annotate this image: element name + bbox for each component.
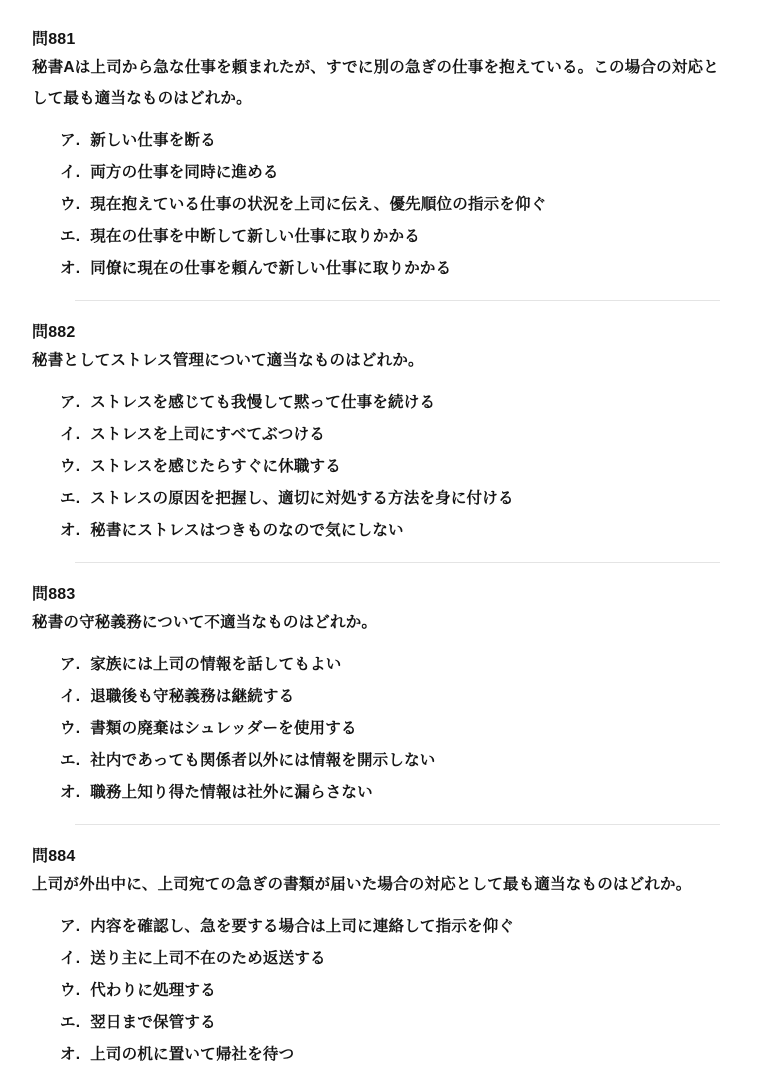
option-text: 同僚に現在の仕事を頼んで新しい仕事に取りかかる	[90, 259, 736, 279]
option-e: エ. ストレスの原因を把握し、適切に対処する方法を身に付ける	[60, 483, 736, 515]
option-text: 書類の廃棄はシュレッダーを使用する	[90, 719, 736, 739]
option-i: イ. 送り主に上司不在のため返送する	[60, 943, 736, 975]
option-text: 秘書にストレスはつきものなので気にしない	[90, 521, 736, 541]
question-number: 問881	[32, 30, 736, 50]
section-divider	[75, 562, 720, 563]
question-number: 問884	[32, 847, 736, 867]
option-text: ストレスを上司にすべてぶつける	[90, 425, 736, 445]
option-label: ア.	[60, 131, 80, 151]
option-label: オ.	[60, 521, 80, 541]
option-label: イ.	[60, 949, 80, 969]
option-e: エ. 社内であっても関係者以外には情報を開示しない	[60, 745, 736, 777]
option-text: 新しい仕事を断る	[90, 131, 736, 151]
options-list: ア. 新しい仕事を断る イ. 両方の仕事を同時に進める ウ. 現在抱えている仕事…	[32, 125, 736, 285]
question-883: 問883 秘書の守秘義務について不適当なものはどれか。 ア. 家族には上司の情報…	[32, 585, 736, 825]
section-divider	[75, 300, 720, 301]
option-e: エ. 翌日まで保管する	[60, 1007, 736, 1039]
option-label: イ.	[60, 425, 80, 445]
section-divider	[75, 824, 720, 825]
option-text: 職務上知り得た情報は社外に漏らさない	[90, 783, 736, 803]
option-text: ストレスを感じても我慢して黙って仕事を続ける	[90, 393, 736, 413]
option-text: 内容を確認し、急を要する場合は上司に連絡して指示を仰ぐ	[90, 917, 736, 937]
option-u: ウ. ストレスを感じたらすぐに休職する	[60, 451, 736, 483]
option-i: イ. 両方の仕事を同時に進める	[60, 157, 736, 189]
question-statement: 秘書Aは上司から急な仕事を頼まれたが、すでに別の急ぎの仕事を抱えている。この場合…	[32, 52, 734, 114]
option-u: ウ. 現在抱えている仕事の状況を上司に伝え、優先順位の指示を仰ぐ	[60, 189, 736, 221]
option-text: 送り主に上司不在のため返送する	[90, 949, 736, 969]
option-text: 現在の仕事を中断して新しい仕事に取りかかる	[90, 227, 736, 247]
question-number: 問883	[32, 585, 736, 605]
options-list: ア. 家族には上司の情報を話してもよい イ. 退職後も守秘義務は継続する ウ. …	[32, 649, 736, 809]
option-a: ア. 新しい仕事を断る	[60, 125, 736, 157]
option-u: ウ. 書類の廃棄はシュレッダーを使用する	[60, 713, 736, 745]
question-statement: 上司が外出中に、上司宛ての急ぎの書類が届いた場合の対応として最も適当なものはどれ…	[32, 869, 734, 900]
question-statement: 秘書の守秘義務について不適当なものはどれか。	[32, 607, 734, 638]
question-statement: 秘書としてストレス管理について適当なものはどれか。	[32, 345, 734, 376]
option-o: オ. 上司の机に置いて帰社を待つ	[60, 1039, 736, 1071]
options-list: ア. ストレスを感じても我慢して黙って仕事を続ける イ. ストレスを上司にすべて…	[32, 387, 736, 547]
options-list: ア. 内容を確認し、急を要する場合は上司に連絡して指示を仰ぐ イ. 送り主に上司…	[32, 911, 736, 1071]
option-label: ウ.	[60, 195, 80, 215]
option-o: オ. 同僚に現在の仕事を頼んで新しい仕事に取りかかる	[60, 253, 736, 285]
option-o: オ. 職務上知り得た情報は社外に漏らさない	[60, 777, 736, 809]
option-text: 社内であっても関係者以外には情報を開示しない	[90, 751, 736, 771]
option-u: ウ. 代わりに処理する	[60, 975, 736, 1007]
option-text: 両方の仕事を同時に進める	[90, 163, 736, 183]
question-881: 問881 秘書Aは上司から急な仕事を頼まれたが、すでに別の急ぎの仕事を抱えている…	[32, 30, 736, 301]
option-label: ウ.	[60, 719, 80, 739]
exam-document: 問881 秘書Aは上司から急な仕事を頼まれたが、すでに別の急ぎの仕事を抱えている…	[0, 0, 762, 1080]
option-label: エ.	[60, 227, 80, 247]
option-label: エ.	[60, 489, 80, 509]
option-i: イ. 退職後も守秘義務は継続する	[60, 681, 736, 713]
option-text: 現在抱えている仕事の状況を上司に伝え、優先順位の指示を仰ぐ	[90, 195, 736, 215]
option-o: オ. 秘書にストレスはつきものなので気にしない	[60, 515, 736, 547]
option-label: ア.	[60, 917, 80, 937]
option-label: オ.	[60, 259, 80, 279]
option-e: エ. 現在の仕事を中断して新しい仕事に取りかかる	[60, 221, 736, 253]
option-label: エ.	[60, 1013, 80, 1033]
option-a: ア. ストレスを感じても我慢して黙って仕事を続ける	[60, 387, 736, 419]
option-label: ア.	[60, 655, 80, 675]
option-text: 家族には上司の情報を話してもよい	[90, 655, 736, 675]
option-a: ア. 内容を確認し、急を要する場合は上司に連絡して指示を仰ぐ	[60, 911, 736, 943]
option-label: オ.	[60, 1045, 80, 1065]
option-text: 代わりに処理する	[90, 981, 736, 1001]
option-label: ウ.	[60, 457, 80, 477]
option-label: ウ.	[60, 981, 80, 1001]
option-text: 翌日まで保管する	[90, 1013, 736, 1033]
option-text: ストレスの原因を把握し、適切に対処する方法を身に付ける	[90, 489, 736, 509]
option-label: イ.	[60, 687, 80, 707]
option-label: エ.	[60, 751, 80, 771]
question-884: 問884 上司が外出中に、上司宛ての急ぎの書類が届いた場合の対応として最も適当な…	[32, 847, 736, 1080]
option-label: ア.	[60, 393, 80, 413]
option-label: オ.	[60, 783, 80, 803]
question-number: 問882	[32, 323, 736, 343]
option-text: ストレスを感じたらすぐに休職する	[90, 457, 736, 477]
option-text: 退職後も守秘義務は継続する	[90, 687, 736, 707]
option-a: ア. 家族には上司の情報を話してもよい	[60, 649, 736, 681]
option-text: 上司の机に置いて帰社を待つ	[90, 1045, 736, 1065]
question-882: 問882 秘書としてストレス管理について適当なものはどれか。 ア. ストレスを感…	[32, 323, 736, 563]
option-label: イ.	[60, 163, 80, 183]
option-i: イ. ストレスを上司にすべてぶつける	[60, 419, 736, 451]
